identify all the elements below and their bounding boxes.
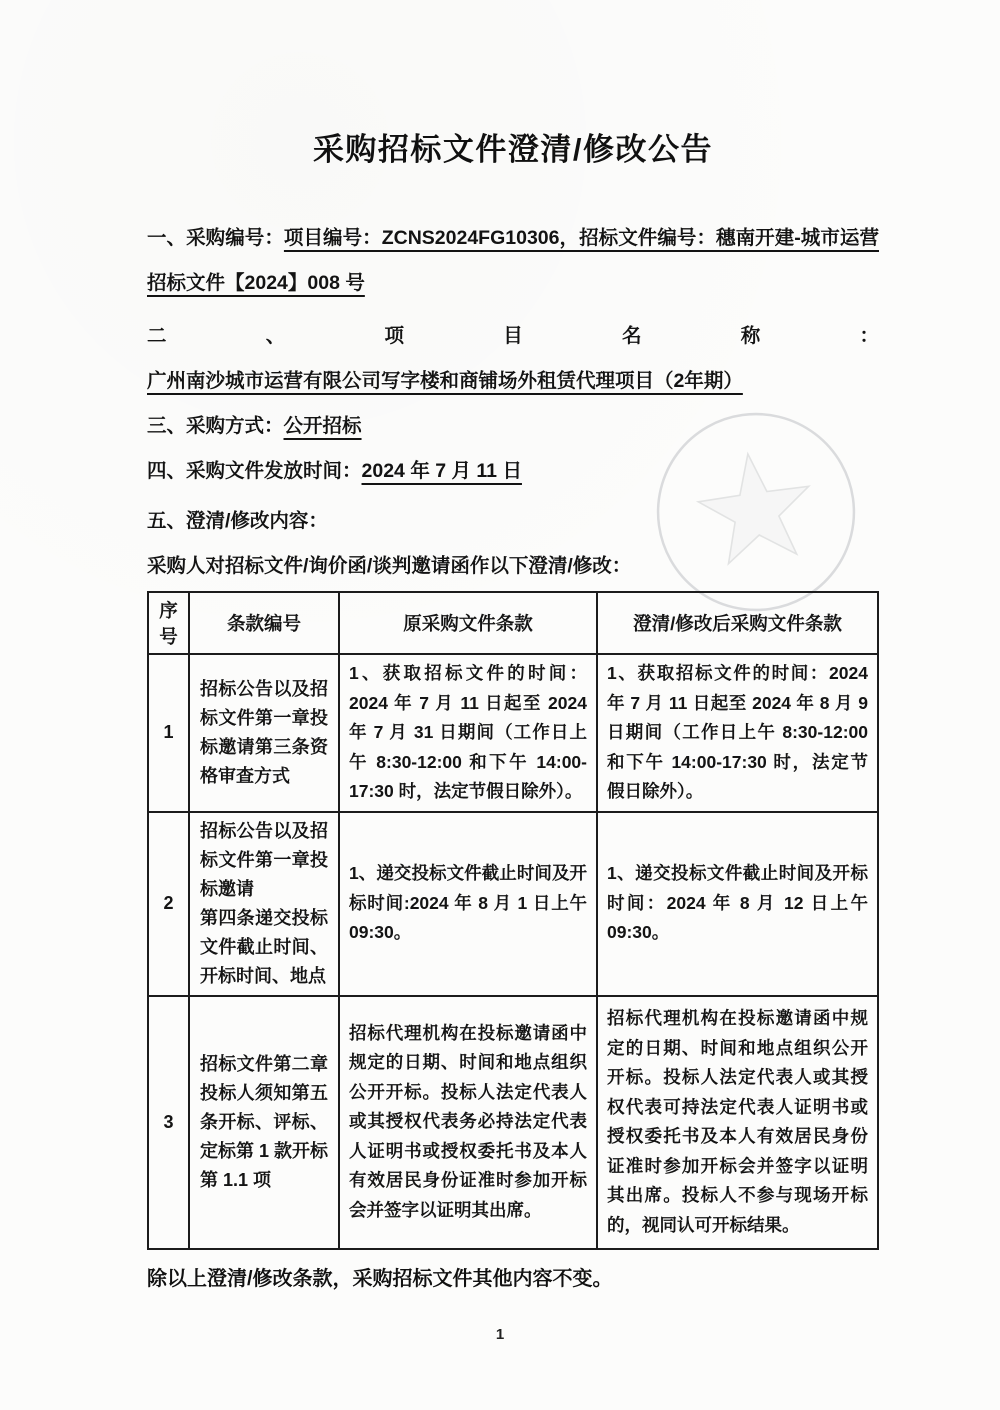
closing-note: 除以上澄清/修改条款，采购招标文件其他内容不变。 — [147, 1262, 879, 1291]
cell-original-clause: 1、获取招标文件的时间：2024 年 7 月 11 日起至 2024 年 7 月… — [339, 654, 597, 812]
item-label: 三、采购方式： — [147, 415, 284, 437]
header-original-clause: 原采购文件条款 — [339, 592, 597, 654]
scanned-announcement-page: 采购招标文件澄清/修改公告 一、采购编号：项目编号：ZCNS2024FG1030… — [0, 0, 1000, 1410]
header-clause-number: 条款编号 — [189, 592, 339, 654]
cell-clause-number: 招标文件第二章投标人须知第五条开标、评标、定标第 1 款开标第 1.1 项 — [189, 996, 339, 1249]
item-label: 四、采购文件发放时间： — [147, 460, 362, 482]
cell-clause-number: 招标公告以及招标文件第一章投标邀请 第四条递交投标文件截止时间、开标时间、地点 — [189, 812, 339, 996]
header-seq-no: 序号 — [148, 592, 189, 654]
table-row: 2 招标公告以及招标文件第一章投标邀请 第四条递交投标文件截止时间、开标时间、地… — [148, 812, 878, 996]
table-header-row: 序号 条款编号 原采购文件条款 澄清/修改后采购文件条款 — [148, 592, 878, 654]
body-text: 一、采购编号：项目编号：ZCNS2024FG10306，招标文件编号：穗南开建-… — [147, 216, 879, 589]
item-procurement-number: 一、采购编号：项目编号：ZCNS2024FG10306，招标文件编号：穗南开建-… — [147, 216, 879, 306]
cell-seq-no: 3 — [148, 996, 189, 1249]
item-clarification-content: 五、澄清/修改内容： — [147, 499, 879, 544]
table-intro: 采购人对招标文件/询价函/谈判邀请函作以下澄清/修改： — [147, 544, 879, 589]
cell-revised-clause: 招标代理机构在投标邀请函中规定的日期、时间和地点组织公开开标。投标人法定代表人或… — [597, 996, 878, 1249]
item-value: 广州南沙城市运营有限公司写字楼和商铺场外租赁代理项目（2年期） — [147, 370, 743, 392]
header-revised-clause: 澄清/修改后采购文件条款 — [597, 592, 878, 654]
table-row: 1 招标公告以及招标文件第一章投标邀请第三条资格审查方式 1、获取招标文件的时间… — [148, 654, 878, 812]
cell-revised-clause: 1、递交投标文件截止时间及开标时间：2024 年 8 月 12 日上午 09:3… — [597, 812, 878, 996]
table-row: 3 招标文件第二章投标人须知第五条开标、评标、定标第 1 款开标第 1.1 项 … — [148, 996, 878, 1249]
item-project-name: 二、项目名称：广州南沙城市运营有限公司写字楼和商铺场外租赁代理项目（2年期） — [147, 314, 879, 404]
cell-seq-no: 2 — [148, 812, 189, 996]
item-value: 公开招标 — [284, 415, 362, 437]
cell-original-clause: 1、递交投标文件截止时间及开标时间:2024 年 8 月 1 日上午 09:30… — [339, 812, 597, 996]
document-content: 采购招标文件澄清/修改公告 一、采购编号：项目编号：ZCNS2024FG1030… — [147, 0, 879, 1291]
item-label: 一、采购编号： — [147, 227, 284, 249]
cell-original-clause: 招标代理机构在投标邀请函中规定的日期、时间和地点组织公开开标。投标人法定代表人或… — [339, 996, 597, 1249]
cell-clause-number: 招标公告以及招标文件第一章投标邀请第三条资格审查方式 — [189, 654, 339, 812]
item-issue-date: 四、采购文件发放时间：2024 年 7 月 11 日 — [147, 449, 879, 494]
page-number: 1 — [0, 1326, 1000, 1343]
item-procurement-method: 三、采购方式：公开招标 — [147, 404, 879, 449]
page-title: 采购招标文件澄清/修改公告 — [147, 124, 879, 169]
item-label: 二、项目名称： — [147, 325, 879, 347]
cell-revised-clause: 1、获取招标文件的时间：2024 年 7 月 11 日起至 2024 年 8 月… — [597, 654, 878, 812]
item-value: 2024 年 7 月 11 日 — [362, 460, 522, 482]
cell-seq-no: 1 — [148, 654, 189, 812]
clarification-table: 序号 条款编号 原采购文件条款 澄清/修改后采购文件条款 1 招标公告以及招标文… — [147, 591, 879, 1250]
item-label: 五、澄清/修改内容： — [147, 510, 328, 532]
